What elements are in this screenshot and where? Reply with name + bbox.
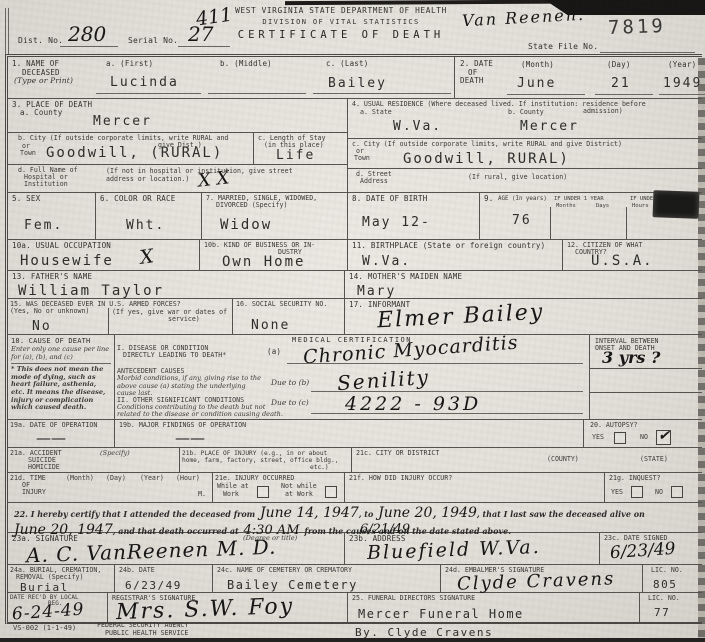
dod-month-value: June <box>517 76 556 91</box>
res-street-label2: Address <box>360 178 388 186</box>
serial-no-value: 27 <box>188 22 213 46</box>
form-footer: VS-002 (1-1-49) FEDERAL SECURITY AGENCY … <box>5 620 699 642</box>
cause-c-underline <box>311 413 583 414</box>
date-signed-value: 6/23/49 <box>609 539 676 564</box>
pod-hospital-row: d. Full Name of Hospital or Institution … <box>8 165 347 193</box>
age-num: 9. <box>484 195 493 204</box>
injury-not-checkbox <box>325 486 337 498</box>
injury-month-label: (Month) <box>66 475 94 483</box>
operation-date-value: —— <box>36 429 66 447</box>
state-file-label: State File No. <box>528 42 598 51</box>
field-operation-findings: 19b. MAJOR FINDINGS OF OPERATION —— <box>115 420 584 447</box>
race-label: 6. COLOR OR RACE <box>100 195 175 204</box>
cause-note1: Enter only one cause per line for (a), (… <box>11 346 111 364</box>
row-name-dod: 1. NAME OF DECEASED (Type or Print) a. (… <box>8 57 702 99</box>
dept-line1: WEST VIRGINIA STATE DEPARTMENT OF HEALTH <box>222 7 460 16</box>
field-date-of-birth: 8. DATE OF BIRTH May 12- <box>348 193 480 239</box>
state-file-stamp: 7819 <box>608 15 666 39</box>
certify-line1: 22. I hereby certify that I attended the… <box>14 505 696 521</box>
pod-city-row: b. City (If outside corporate limits, wr… <box>8 133 347 165</box>
res-county-value: Mercer <box>520 119 579 134</box>
res-state-label: a. State <box>360 109 392 117</box>
injury-while-label2: Work <box>223 491 239 499</box>
field-operation-date: 19a. DATE OF OPERATION —— <box>8 420 115 447</box>
autopsy-label: 20. AUTOPSY? <box>590 422 638 430</box>
pod-city-cell: b. City (If outside corporate limits, wr… <box>8 133 254 164</box>
embalmer-signature-value: Clyde Cravens <box>457 568 616 595</box>
res-city-value: Goodwill, RURAL) <box>403 151 570 167</box>
citizen-value: U.S.A. <box>591 253 654 269</box>
funeral-label: 25. FUNERAL DIRECTORS SIGNATURE <box>352 595 475 603</box>
field-interval: INTERVAL BETWEEN ONSET AND DEATH 3 yrs ? <box>590 335 702 419</box>
accident-specify-label: (Specify) <box>100 450 130 458</box>
field-burial: 24a. BURIAL, CREMATION, REMOVAL (Specify… <box>8 565 115 592</box>
age-days-label: Days <box>596 203 609 209</box>
field-inquest: 21g. INQUEST? YES NO <box>605 473 702 502</box>
field-injury-occurred: 21e. INJURY OCCURRED While at Work Not w… <box>213 473 345 502</box>
res-county-label: b. County <box>508 109 544 117</box>
occupation-value: Housewife <box>20 253 114 269</box>
address-value: Bluefield W.Va. <box>367 536 541 564</box>
field-sex: 5. SEX Fem. <box>8 193 96 239</box>
field-medical-certification: MEDICAL CERTIFICATION I. DISEASE OR COND… <box>115 335 590 419</box>
field-cemetery: 24c. NAME OF CEMETERY OR CREMATORY Baile… <box>213 565 441 592</box>
dod-year-label: (Year) <box>668 61 696 70</box>
row-occupation: 10a. USUAL OCCUPATION Housewife X 10b. K… <box>8 240 702 271</box>
dod-year-value: 1949 <box>663 76 702 91</box>
dod-day-label: (Day) <box>607 61 631 70</box>
sex-value: Fem. <box>24 218 63 233</box>
autopsy-no-checkmark: ✔ <box>658 428 670 444</box>
accident-label3: HOMICIDE <box>28 464 60 472</box>
state-file-underline <box>600 52 695 53</box>
ink-stamp <box>653 190 700 219</box>
dist-no-value: 280 <box>68 22 106 46</box>
injury-m-label: M. <box>198 491 206 499</box>
embalmer-lic-label: LIC. NO. <box>651 567 683 575</box>
field-name-of-deceased: 1. NAME OF DECEASED (Type or Print) a. (… <box>8 57 455 98</box>
burial-date-value: 6/23/49 <box>125 579 182 592</box>
field-physician-signature: 23a. SIGNATURE (Degree or title) A. C. V… <box>8 533 345 564</box>
pod-city-value: Goodwill, (RURAL) <box>46 145 223 161</box>
field-autopsy: 20. AUTOPSY? YES NO ✔ <box>584 420 702 447</box>
funeral-lic-value: 77 <box>654 606 670 619</box>
funeral-lic-label: LIC. NO. <box>648 595 680 603</box>
cause-label: 18. CAUSE OF DEATH <box>11 337 111 345</box>
cause-b-underline <box>311 391 583 392</box>
res-street-row: d. Street Address (If rural, give locati… <box>348 169 702 191</box>
field-usual-residence: 4. USUAL RESIDENCE (Where deceased lived… <box>348 99 702 192</box>
age-divider-1 <box>550 207 551 239</box>
pod-hosp-label3: Institution <box>24 181 68 189</box>
age-under-year-label: IF UNDER 1 YEAR <box>554 196 604 202</box>
row-parents: 13. FATHER'S NAME William Taylor 14. MOT… <box>8 271 702 299</box>
field-place-of-injury: 21b. PLACE OF INJURY (e.g., in or about … <box>180 448 352 472</box>
field-place-of-death: 3. PLACE OF DEATH a. County Mercer b. Ci… <box>8 99 348 192</box>
certify-part1: 22. I hereby certify that I attended the… <box>14 509 255 519</box>
header-handwritten-name: Van Reenen. <box>462 5 586 30</box>
death-certificate-scan: Dist. No. 280 Serial No. 411 27 WEST VIR… <box>0 0 705 642</box>
field-registrar-signature: REGISTRAR'S SIGNATURE Mrs. S.W. Foy <box>108 593 348 622</box>
header: Dist. No. 280 Serial No. 411 27 WEST VIR… <box>0 0 705 54</box>
field-cause-notes: 18. CAUSE OF DEATH Enter only one cause … <box>8 335 115 419</box>
row-demographics: 5. SEX Fem. 6. COLOR OR RACE Wht. 7. MAR… <box>8 193 702 240</box>
res-city-row: c. City (If outside corporate limits, wr… <box>348 139 702 169</box>
field-injury-time: 21d. TIME OF INJURY (Month) (Day) (Year)… <box>8 473 213 502</box>
injury-hour-label: (Hour) <box>176 475 200 483</box>
field-business: 10b. KIND OF BUSINESS OR IN- DUSTRY Own … <box>200 240 348 270</box>
funeral-by-value: By. Clyde Cravens <box>355 626 493 639</box>
armed-label4: service) <box>168 316 200 324</box>
birthplace-value: W.Va. <box>362 254 411 269</box>
marital-value: Widow <box>220 217 272 233</box>
occupation-mark: X <box>139 245 155 269</box>
business-value: Own Home <box>222 254 305 270</box>
dod-year-underline <box>659 94 705 95</box>
dist-no-label: Dist. No. <box>18 36 63 45</box>
certify-part2: , to <box>359 509 374 519</box>
field-injury-city: 21c. CITY OR DISTRICT (COUNTY) (STATE) <box>352 448 702 472</box>
pod-stay-value: Life <box>276 148 315 163</box>
field-date-of-death: 2. DATE OF DEATH (Month) June (Day) 21 (… <box>455 57 702 98</box>
row-certify: 22. I hereby certify that I attended the… <box>8 503 702 533</box>
inquest-label: 21g. INQUEST? <box>609 475 661 483</box>
dod-day-value: 21 <box>611 76 631 91</box>
pod-stay-cell: c. Length of Stay (in this place) Life <box>254 133 347 164</box>
field-physician-address: 23b. ADDRESS Bluefield W.Va. <box>345 533 600 564</box>
injury-day-label: (Day) <box>106 475 126 483</box>
certify-part3: , that I last saw the deceased alive on <box>477 509 645 519</box>
race-value: Wht. <box>126 218 165 233</box>
field-marital: 7. MARRIED, SINGLE, WIDOWED, DIVORCED (S… <box>202 193 348 239</box>
mother-value: Mary <box>357 284 396 299</box>
autopsy-yes-label: YES <box>592 434 604 442</box>
dob-label: 8. DATE OF BIRTH <box>352 195 427 204</box>
pod-county-row: 3. PLACE OF DEATH a. County Mercer <box>8 99 347 133</box>
interval-value: 3 yrs ? <box>602 348 660 367</box>
row-place-residence: 3. PLACE OF DEATH a. County Mercer b. Ci… <box>8 99 702 193</box>
injury-time-label3: INJURY <box>22 489 46 497</box>
row-operation: 19a. DATE OF OPERATION —— 19b. MAJOR FIN… <box>8 420 702 448</box>
injury-not-label2: at Work <box>285 491 313 499</box>
mother-label: 14. MOTHER'S MAIDEN NAME <box>349 273 462 282</box>
antecedent-note: Morbid conditions, if any, giving rise t… <box>117 375 265 398</box>
sex-label: 5. SEX <box>12 195 40 204</box>
certify-to-value: June 20, 1949 <box>378 505 477 521</box>
marital-label2: DIVORCED (Specify) <box>216 202 287 210</box>
father-label: 13. FATHER'S NAME <box>12 273 92 282</box>
cause-c-value: 4222 - 93D <box>345 393 481 415</box>
res-label2: admission) <box>583 108 623 116</box>
res-city-label: c. City (If outside corporate limits, wr… <box>352 141 622 149</box>
field-date-signed: 23c. DATE SIGNED 6/23/49 <box>600 533 702 564</box>
first-name-value: Lucinda <box>110 75 179 90</box>
cause-b-label: Due to (b) <box>271 379 309 388</box>
field-armed-forces: 15. WAS DECEASED EVER IN U.S. ARMED FORC… <box>8 299 233 334</box>
res-city-town: Town <box>354 155 370 163</box>
how-injury-label: 21f. HOW DID INJURY OCCUR? <box>349 475 452 483</box>
age-hours-label: Hours <box>632 203 649 209</box>
field-informant: 17. INFORMANT Elmer Bailey <box>345 299 702 334</box>
pod-county-label: a. County <box>20 109 62 118</box>
cemetery-label: 24c. NAME OF CEMETERY OR CREMATORY <box>217 567 352 575</box>
disease-label2: DIRECTLY LEADING TO DEATH* <box>123 352 226 360</box>
last-name-value: Bailey <box>328 76 387 91</box>
injury-while-checkbox <box>257 486 269 498</box>
serial-no-label: Serial No. <box>128 36 178 45</box>
field-age: 9. AGE (In years) 76 IF UNDER 1 YEAR Mon… <box>480 193 702 239</box>
row-service-informant: 15. WAS DECEASED EVER IN U.S. ARMED FORC… <box>8 299 702 335</box>
armed-value: No <box>32 319 52 334</box>
field-how-injury: 21f. HOW DID INJURY OCCUR? <box>345 473 605 502</box>
age-value: 76 <box>512 213 532 228</box>
field-funeral-director: 25. FUNERAL DIRECTORS SIGNATURE Mercer F… <box>348 593 640 622</box>
name-label: 1. NAME OF DECEASED (Type or Print) <box>12 60 73 86</box>
field-date-received: DATE REC'D BY LOCAL REG. 6-24-49 <box>8 593 108 622</box>
field-certify: 22. I hereby certify that I attended the… <box>8 503 702 532</box>
field-accident: 21a. ACCIDENT SUICIDE HOMICIDE (Specify) <box>8 448 180 472</box>
armed-label2: (Yes, No or unknown) <box>10 308 89 316</box>
row-cause-of-death: 18. CAUSE OF DEATH Enter only one cause … <box>8 335 702 420</box>
field-race: 6. COLOR OR RACE Wht. <box>96 193 202 239</box>
dept-line2: DIVISION OF VITAL STATISTICS <box>222 18 460 26</box>
form-number: VS-002 (1-1-49) <box>13 624 76 632</box>
pod-hosp-value: X X <box>197 167 230 191</box>
birthplace-label: 11. BIRTHPLACE (State or foreign country… <box>352 242 545 251</box>
first-name-label: a. (First) <box>106 60 153 69</box>
ssn-label: 16. SOCIAL SECURITY NO. <box>236 301 327 309</box>
dept-header: WEST VIRGINIA STATE DEPARTMENT OF HEALTH… <box>222 7 460 41</box>
pod-county-value: Mercer <box>93 114 152 129</box>
cause-a-label: (a) <box>267 348 281 357</box>
dod-label: 2. DATE OF DEATH <box>460 60 493 86</box>
injury-county-label: (COUNTY) <box>547 456 579 464</box>
armed-divider <box>108 308 109 334</box>
field-embalmer-lic: LIC. NO. 805 <box>643 565 702 592</box>
dod-day-underline <box>595 94 653 95</box>
certificate-title: CERTIFICATE OF DEATH <box>222 29 460 41</box>
row-registrar: DATE REC'D BY LOCAL REG. 6-24-49 REGISTR… <box>8 593 702 623</box>
injury-city-label: 21c. CITY OR DISTRICT <box>356 450 439 458</box>
last-name-underline <box>313 93 451 94</box>
age-years-label: AGE (In years) <box>498 196 547 203</box>
middle-name-underline <box>208 93 306 94</box>
middle-name-label: b. (Middle) <box>220 60 272 69</box>
ssn-value: None <box>251 318 290 333</box>
field-ssn: 16. SOCIAL SECURITY NO. None <box>233 299 345 334</box>
field-citizen: 12. CITIZEN OF WHAT COUNTRY? U.S.A. <box>563 240 702 270</box>
dod-month-label: (Month) <box>521 61 554 70</box>
pod-city-town: Town <box>20 150 36 158</box>
field-father: 13. FATHER'S NAME William Taylor <box>8 271 345 298</box>
injury-state-label: (STATE) <box>640 456 668 464</box>
cemetery-value: Bailey Cemetery <box>227 578 358 592</box>
certify-from-value: June 14, 1947 <box>260 505 359 521</box>
inquest-yes-label: YES <box>611 489 623 497</box>
autopsy-yes-checkbox <box>614 432 626 444</box>
funeral-value: Mercer Funeral Home <box>358 607 524 621</box>
interval-line-1 <box>590 368 702 369</box>
operation-findings-value: —— <box>175 429 205 447</box>
row-physician: 23a. SIGNATURE (Degree or title) A. C. V… <box>8 533 702 565</box>
cause-note2: * This does not mean the mode of dying, … <box>11 366 111 411</box>
dod-month-underline <box>507 94 585 95</box>
other-note2: related to the disease or condition caus… <box>117 411 283 419</box>
field-birthplace: 11. BIRTHPLACE (State or foreign country… <box>348 240 563 270</box>
agency-line2: PUBLIC HEALTH SERVICE <box>105 630 188 638</box>
inquest-no-checkbox <box>671 486 683 498</box>
res-street-hint: (If rural, give location) <box>468 174 567 182</box>
field-occupation: 10a. USUAL OCCUPATION Housewife X <box>8 240 200 270</box>
field-burial-date: 24b. DATE 6/23/49 <box>115 565 213 592</box>
age-divider-2 <box>626 207 627 239</box>
father-value: William Taylor <box>18 283 164 299</box>
cause-a-underline <box>287 363 583 364</box>
field-mother: 14. MOTHER'S MAIDEN NAME Mary <box>345 271 702 298</box>
dist-underline <box>60 46 118 47</box>
res-state-value: W.Va. <box>393 119 442 134</box>
row-injury-place: 21a. ACCIDENT SUICIDE HOMICIDE (Specify)… <box>8 448 702 473</box>
embalmer-lic-value: 805 <box>653 578 677 591</box>
burial-date-label: 24b. DATE <box>119 567 155 575</box>
serial-underline <box>178 46 230 47</box>
cause-c-label: Due to (c) <box>271 399 309 408</box>
inquest-no-label: NO <box>655 489 663 497</box>
row-injury-time: 21d. TIME OF INJURY (Month) (Day) (Year)… <box>8 473 702 503</box>
injury-year-label: (Year) <box>140 475 164 483</box>
age-months-label: Months <box>556 203 576 209</box>
interval-line-2 <box>590 392 702 393</box>
res-state-row: 4. USUAL RESIDENCE (Where deceased lived… <box>348 99 702 139</box>
injury-place-label3: etc.) <box>310 464 329 471</box>
occupation-label: 10a. USUAL OCCUPATION <box>12 242 111 251</box>
inquest-yes-checkbox <box>631 486 643 498</box>
last-name-label: c. (Last) <box>326 60 368 69</box>
certificate-form: 1. NAME OF DECEASED (Type or Print) a. (… <box>5 54 702 624</box>
dob-value: May 12- <box>362 215 431 230</box>
autopsy-no-label: NO <box>640 434 648 442</box>
field-funeral-lic: LIC. NO. 77 <box>640 593 702 622</box>
first-name-underline <box>96 93 201 94</box>
row-burial: 24a. BURIAL, CREMATION, REMOVAL (Specify… <box>8 565 702 593</box>
field-embalmer: 24d. EMBALMER'S SIGNATURE Clyde Cravens <box>441 565 643 592</box>
